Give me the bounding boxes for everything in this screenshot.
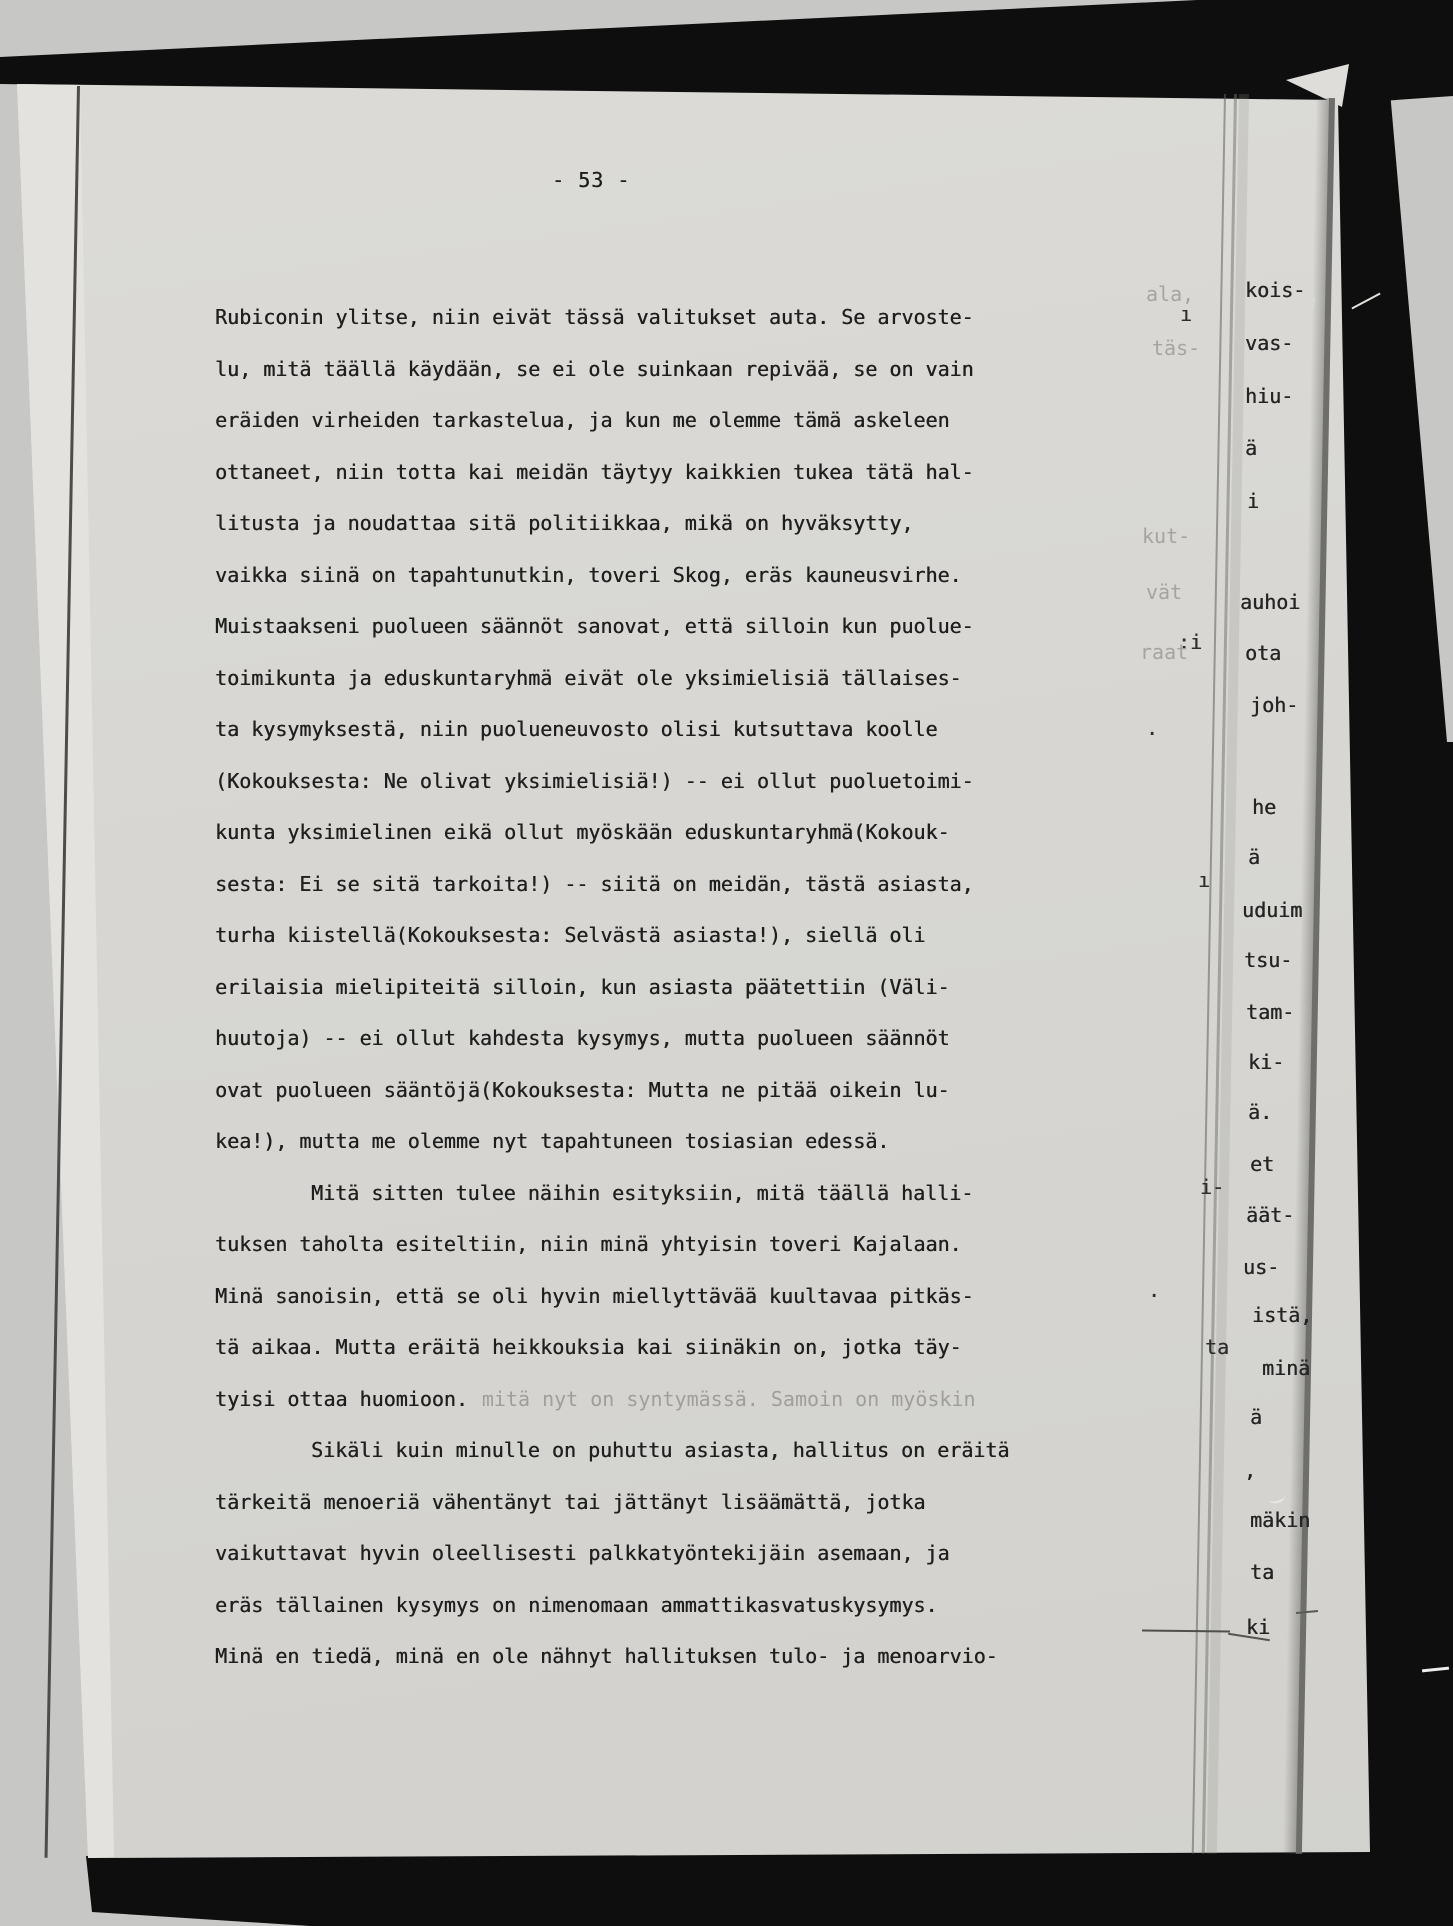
margin-fragment: et (1250, 1152, 1274, 1176)
ghost-fragment: ala, (1146, 282, 1194, 306)
margin-fragment: he (1252, 795, 1276, 819)
stray-mark: ta (1205, 1335, 1229, 1359)
margin-fragment: ota (1245, 641, 1281, 665)
scanned-document-page: - 53 - Rubiconin ylitse, niin eivät täss… (0, 0, 1453, 1926)
margin-fragment: kois- (1245, 278, 1305, 302)
margin-fragment: auhoi (1240, 590, 1300, 614)
stray-mark: . (1148, 1278, 1160, 1302)
margin-fragment: istä, (1252, 1303, 1312, 1327)
margin-fragment: us- (1243, 1255, 1279, 1279)
margin-fragment: , (1244, 1458, 1256, 1482)
margin-fragment: uduim (1242, 898, 1302, 922)
ghost-fragment: vät (1146, 580, 1182, 604)
margin-fragment: ä (1250, 1405, 1262, 1429)
margin-fragment: ä. (1248, 1100, 1272, 1124)
margin-fragment: joh- (1250, 693, 1298, 717)
adjacent-page-fragments: kois-vas-hiu-äiauhoiotajoh-heäuduimtsu-t… (0, 0, 1453, 1926)
margin-fragment: tsu- (1244, 948, 1292, 972)
margin-fragment: ta (1250, 1560, 1274, 1584)
stray-mark: i- (1200, 1175, 1224, 1199)
margin-fragment: mäkin (1250, 1508, 1310, 1532)
stray-mark: ı (1198, 868, 1210, 892)
ghost-fragment: kut- (1142, 524, 1190, 548)
margin-fragment: äät- (1246, 1203, 1294, 1227)
margin-fragment: vas- (1245, 331, 1293, 355)
margin-fragment: minä (1262, 1356, 1310, 1380)
margin-fragment: hiu- (1245, 384, 1293, 408)
margin-fragment: tam- (1246, 1000, 1294, 1024)
ghost-fragment: raat (1140, 640, 1188, 664)
ghost-fragment: täs- (1152, 336, 1200, 360)
stray-mark: . (1146, 716, 1158, 740)
margin-fragment: i (1247, 489, 1259, 513)
margin-fragment: ki- (1248, 1050, 1284, 1074)
margin-fragment: ä (1245, 436, 1257, 460)
margin-fragment: ä (1248, 845, 1260, 869)
